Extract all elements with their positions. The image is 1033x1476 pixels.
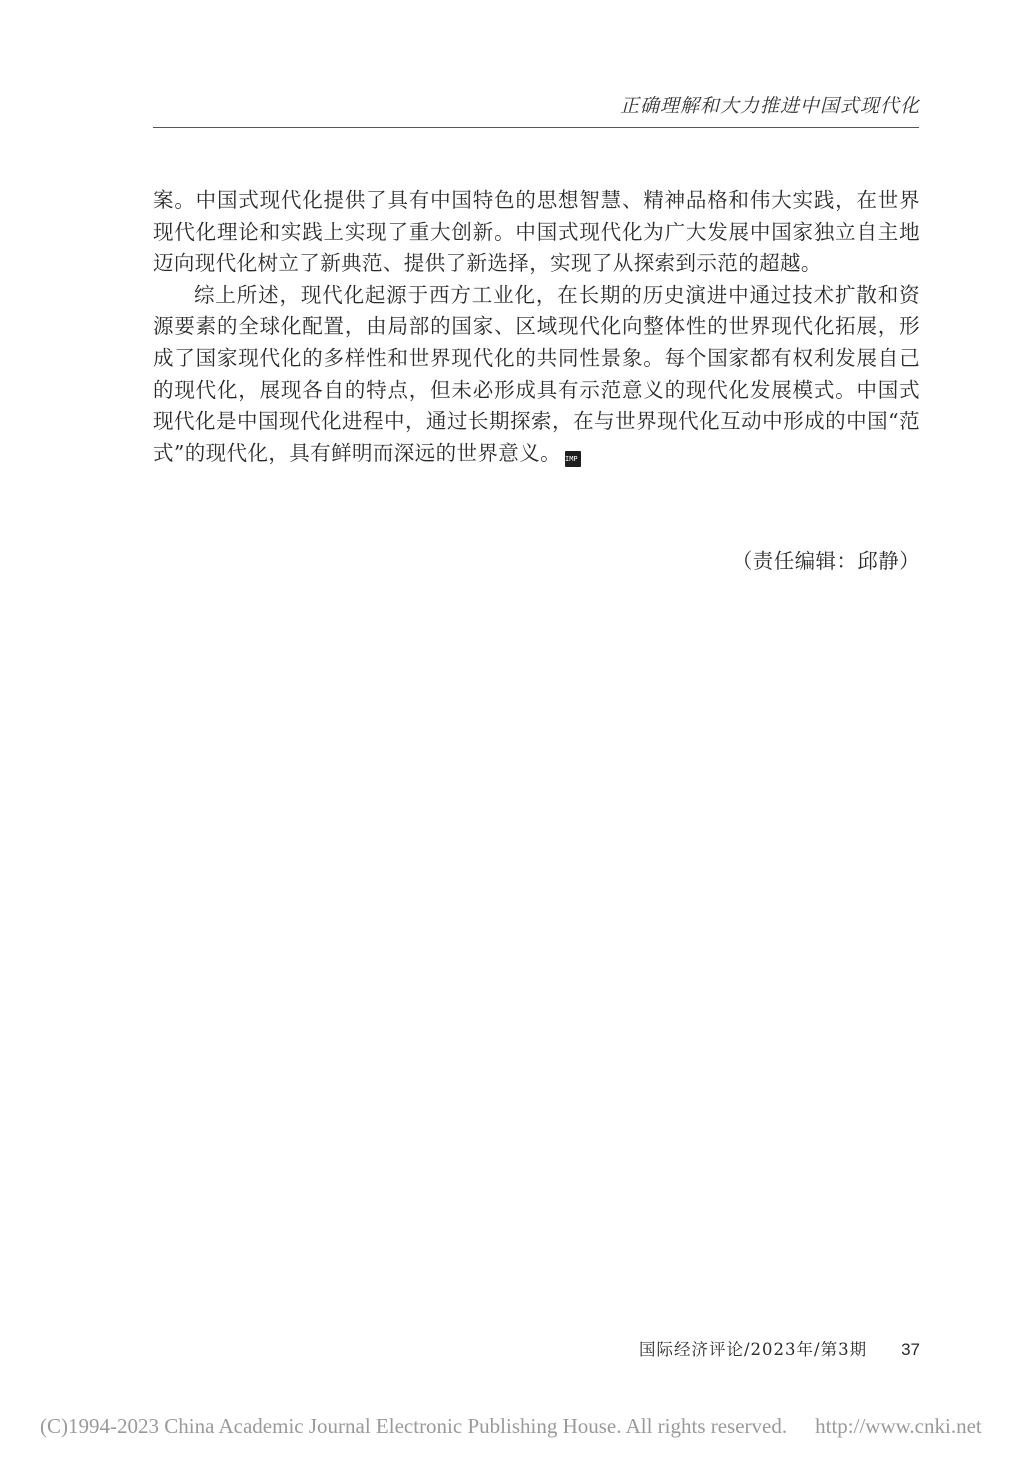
paragraph: 案。中国式现代化提供了具有中国特色的思想智慧、精神品格和伟大实践，在世界现代化理… — [153, 185, 920, 280]
page-number: 37 — [901, 1339, 920, 1361]
journal-issue: 国际经济评论/2023年/第3期 — [639, 1339, 867, 1361]
article-body: 案。中国式现代化提供了具有中国特色的思想智慧、精神品格和伟大实践，在世界现代化理… — [153, 185, 920, 469]
responsible-editor: （责任编辑：邱静） — [153, 546, 920, 577]
end-of-article-icon: IMP — [565, 451, 581, 467]
paragraph: 综上所述，现代化起源于西方工业化，在长期的历史演进中通过技术扩散和资源要素的全球… — [153, 280, 920, 470]
paragraph-text: 综上所述，现代化起源于西方工业化，在长期的历史演进中通过技术扩散和资源要素的全球… — [153, 283, 920, 465]
copyright-watermark: (C)1994-2023 China Academic Journal Elec… — [40, 1413, 1033, 1439]
page-footer: 国际经济评论/2023年/第3期 37 — [600, 1339, 920, 1361]
running-title: 正确理解和大力推进中国式现代化 — [153, 94, 920, 118]
copyright-text: (C)1994-2023 China Academic Journal Elec… — [40, 1414, 787, 1438]
cnki-url: http://www.cnki.net — [815, 1414, 982, 1438]
header-rule — [153, 127, 919, 128]
paragraph-text: 案。中国式现代化提供了具有中国特色的思想智慧、精神品格和伟大实践，在世界现代化理… — [153, 188, 920, 275]
